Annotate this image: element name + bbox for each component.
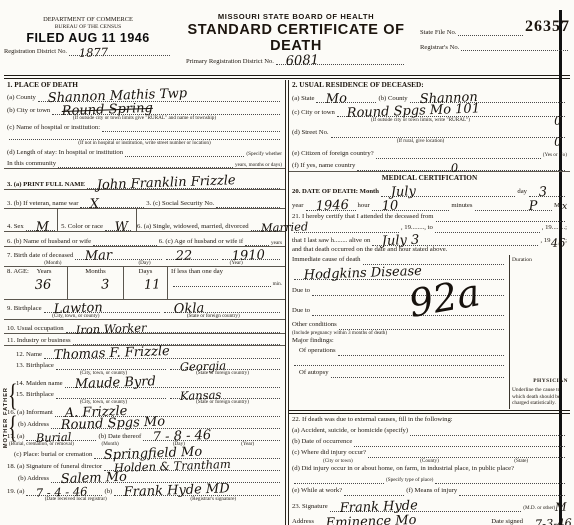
dod-hour-label: hour — [358, 202, 370, 211]
registration-district-value: 1877 — [79, 48, 109, 58]
registrar-sig-line: Frank Hyde MD — [114, 489, 280, 496]
medical-certification-heading: MEDICAL CERTIFICATION — [382, 173, 478, 182]
registrar-no-label: Registrar's No. — [420, 44, 459, 51]
res-street-label: (d) Street No. — [292, 129, 329, 138]
birthdate-month: Mar — [85, 251, 113, 262]
age-days-value: 11 — [141, 281, 164, 292]
res-country-line: 0 — [357, 164, 565, 171]
funeral-director-line: Holden & Trantham — [104, 464, 280, 471]
age-months-value: 3 — [91, 280, 120, 291]
father-name-line: Thomas F. Frizzle — [44, 352, 280, 359]
while-at-work-label: (e) While at work? — [292, 487, 342, 496]
means-of-injury-label: (f) Means of injury — [406, 487, 457, 496]
birthplace-city-line: Lawton — [44, 306, 160, 313]
accident-line — [410, 429, 565, 436]
res-citizen-caption: (Yes or No) — [543, 152, 567, 159]
physician-address-label: Address — [292, 518, 314, 525]
immediate-cause-label: Immediate cause of death — [292, 256, 361, 265]
autopsy-line — [331, 371, 504, 378]
industry-label: 11. Industry or business — [7, 337, 71, 346]
state-file-label: State File No. — [420, 29, 456, 36]
res-street-line — [331, 131, 565, 138]
res-county-label: (b) County — [378, 95, 407, 104]
spouse-name-line — [93, 239, 157, 246]
due-to2-label: Due to — [292, 307, 310, 316]
certificate-header: DEPARTMENT OF COMMERCE BUREAU OF THE CEN… — [4, 2, 570, 74]
res-city-caption: (If outside city or town limits, write "… — [292, 117, 549, 126]
res-city-label: (c) City or town — [292, 109, 335, 118]
age-months-header: Months — [85, 268, 105, 275]
informant-address-label: (b) Address — [18, 421, 49, 430]
occurrence-line — [354, 440, 565, 447]
res-state-line: Mo — [316, 96, 376, 103]
dod-minutes-label: minutes — [451, 202, 472, 211]
birthplace-state-value: Okla — [173, 304, 204, 315]
certify-line3: , 19........; — [542, 224, 567, 233]
pod-hospital-line2 — [9, 133, 280, 140]
primary-district-label: Primary Registration District No. — [186, 58, 274, 65]
board-name: MISSOURI STATE BOARD OF HEALTH — [172, 12, 420, 21]
age-min-suffix: min. — [273, 281, 282, 288]
primary-district-line: 6081 — [276, 58, 404, 65]
certify-line6: and that death occurred on the date and … — [292, 246, 447, 255]
age-min-line — [173, 280, 271, 287]
date-signed-line: 7-3-46 — [525, 520, 565, 525]
pod-city-label: (b) City or town — [7, 107, 50, 116]
age-less-than-day-label: If less than one day — [171, 268, 223, 275]
burial-place-label: (c) Place: burial or cremation — [14, 451, 92, 460]
other-conditions-label: Other conditions — [292, 321, 337, 330]
pod-county-label: (a) County — [7, 94, 36, 103]
pod-stay-label: (d) Length of stay: In hospital or insti… — [7, 149, 123, 158]
spouse-name-label: 6. (b) Name of husband or wife — [7, 238, 91, 247]
medical-divider — [289, 410, 570, 414]
dod-year-label: year — [292, 202, 304, 211]
left-column: 1. PLACE OF DEATH (a) County Shannon Mat… — [4, 80, 285, 525]
last-seen-line: July 3 — [372, 239, 538, 246]
veteran-label: 3. (b) If veteran, name war — [7, 200, 78, 209]
pod-community-caption: years, months or days) — [235, 162, 282, 169]
disposition-value: Burial — [36, 433, 72, 443]
injury-place-label: (d) Did injury occur in or about home, o… — [292, 465, 514, 474]
physician-sig-label: 23. Signature — [292, 503, 328, 512]
physician-address-line: Eminence Mo — [316, 520, 489, 525]
pod-city-value: Round Spring — [62, 104, 153, 118]
registrar-sig-label: (b) — [104, 488, 112, 497]
birthplace-state-line: Okla — [164, 306, 280, 313]
state-file-number: 26357 — [525, 18, 570, 36]
mother-birthplace-line1 — [56, 392, 166, 399]
operations-label: Of operations — [299, 347, 336, 356]
dod-year-line: 1946 — [306, 204, 356, 211]
date-signed-value: 7-3-46 — [535, 519, 572, 525]
registrar-no-line — [461, 44, 568, 51]
pod-city-line: Round Spring — [52, 108, 280, 115]
spouse-age-suffix: years — [271, 240, 282, 247]
spouse-age-label: 6. (c) Age of husband or wife if — [159, 238, 243, 247]
pod-stay-line — [125, 150, 244, 157]
operations-line — [338, 349, 504, 356]
mother-maiden-line: Maude Byrd — [65, 381, 280, 388]
ssn-label: 3. (c) Social Security No. — [146, 200, 214, 209]
means-of-injury-line — [459, 489, 565, 496]
veteran-line: X — [80, 201, 144, 208]
disposition-date-label: (b) Date thereof — [98, 433, 141, 442]
date-signed-label: Date signed — [491, 518, 523, 525]
res-country-label: (f) If yes, name country — [292, 162, 355, 171]
res-city-extra: 0 — [549, 117, 567, 127]
mother-birthplace-line2: Kansas — [170, 392, 280, 399]
physician-sig-caption: (M.D. or other) — [523, 505, 555, 512]
pod-community-label: In this community — [7, 160, 56, 169]
full-name-value: John Franklin Frizzle — [97, 176, 236, 191]
father-birthplace-line2: Georgia — [170, 363, 280, 370]
physician-degree-value: M — [555, 502, 567, 512]
funeral-address-line: Salem Mo — [51, 476, 280, 483]
external-causes-label: 22. If death was due to external causes,… — [292, 416, 453, 425]
underline-note: Underline the cause to which death shoul… — [512, 387, 568, 407]
birthplace-state-caption: (State or foreign country) — [145, 313, 283, 319]
res-citizen-label: (e) Citizen of foreign country? — [292, 150, 374, 159]
birthdate-month-line: Mar — [75, 253, 162, 260]
funeral-address-label: (b) Address — [18, 475, 49, 484]
injury-place-caption: (Specify type of place) — [386, 477, 433, 484]
operations-line2 — [294, 359, 504, 366]
mother-brace: { — [8, 415, 18, 441]
age-days-header: Days — [139, 268, 153, 275]
certify-line2: , 19........, to — [401, 224, 433, 233]
where-injury-label: (c) Where did injury occur? — [292, 449, 366, 458]
dod-minutes-line: P — [475, 204, 553, 211]
death-certificate: DEPARTMENT OF COMMERCE BUREAU OF THE CEN… — [0, 0, 574, 525]
age-years-value: 36 — [35, 280, 64, 291]
spouse-age-line — [245, 239, 269, 246]
pod-community-line — [58, 161, 233, 168]
dod-label: 20. DATE OF DEATH: Month — [292, 188, 379, 197]
res-city-value: Round Spgs Mo 101 — [347, 104, 481, 119]
industry-line — [73, 338, 280, 345]
res-citizen-line — [376, 152, 541, 159]
sex-label: 4. Sex — [7, 223, 24, 232]
disposition-line: Burial — [26, 434, 96, 441]
occurrence-label: (b) Date of occurrence — [292, 438, 352, 447]
dod-hour-line: 10 — [372, 204, 450, 211]
pod-county-line: Shannon Mathis Twp — [38, 95, 280, 102]
immediate-cause-line0 — [363, 258, 504, 265]
age-label: 8. AGE: — [7, 268, 29, 275]
color-race-box: 5. Color or race W — [57, 209, 137, 231]
ssn-line — [216, 201, 280, 208]
full-name-line: John Franklin Frizzle — [87, 182, 280, 189]
dod-month-line: July — [381, 190, 515, 197]
res-street-caption: (If rural, give location) — [292, 138, 549, 147]
injury-place-line2 — [435, 477, 565, 484]
filed-date-stamp: FILED AUG 11 1946 — [4, 31, 172, 46]
certify-line5: , 19 — [540, 237, 550, 246]
disposition-date-value: 7 - 8 - 46 — [153, 431, 212, 443]
injury-place-line — [294, 477, 384, 484]
birthdate-year: 1910 — [232, 251, 265, 263]
certificate-title: STANDARD CERTIFICATE OF DEATH — [172, 22, 420, 54]
birthdate-year-line: 1910 — [222, 253, 280, 260]
mother-birthplace-value: Kansas — [180, 391, 222, 402]
header-left: DEPARTMENT OF COMMERCE BUREAU OF THE CEN… — [4, 2, 172, 56]
registrar-date-value: 7 - 4 - 46 — [36, 487, 88, 498]
dod-m-label: M. — [554, 202, 562, 211]
certify-line4: that I last saw h........ alive on — [292, 237, 370, 246]
registration-district-label: Registration District No. — [4, 48, 67, 56]
duration-rail: Duration PHYSICIAN Underline the cause t… — [509, 255, 570, 409]
header-right: State File No. 26357 Registrar's No. — [420, 2, 570, 51]
full-name-label: 3. (a) PRINT FULL NAME — [7, 181, 85, 190]
father-birthplace-label: 13. Birthplace — [16, 362, 54, 371]
mother-maiden-label: 14. Maiden name — [16, 380, 63, 389]
marital-line: Married — [251, 224, 280, 231]
physician-address-value: Eminence Mo — [326, 515, 417, 525]
dept-line1: DEPARTMENT OF COMMERCE — [4, 16, 172, 24]
place-of-death-heading: 1. PLACE OF DEATH — [7, 80, 78, 89]
physician-label: PHYSICIAN — [512, 378, 568, 385]
disposition-date-line: 7 - 8 - 46 — [143, 434, 280, 441]
sex-line: M — [26, 224, 55, 231]
father-birthplace-line1 — [56, 363, 166, 370]
accident-label: (a) Accident, suicide, or homicide (spec… — [292, 427, 408, 436]
dept-line2: BUREAU OF THE CENSUS — [4, 24, 172, 31]
birthdate-day: 22 — [176, 252, 193, 263]
occupation-label: 10. Usual occupation — [7, 325, 64, 334]
color-race-label: 5. Color or race — [61, 223, 103, 232]
dod-day-line: 3 — [529, 190, 565, 197]
registrar-row-label: 19. (a) — [7, 488, 24, 497]
state-file-line — [458, 29, 523, 36]
birthdate-label: 7. Birth date of deceased — [7, 252, 73, 261]
physician-sig-line: Frank Hyde — [330, 505, 522, 512]
res-street-extra: 0 — [549, 137, 567, 147]
residence-heading: 2. USUAL RESIDENCE OF DECEASED: — [292, 80, 424, 89]
res-state-label: (a) State — [292, 95, 314, 104]
father-name-label: 12. Name — [16, 351, 42, 360]
duration-label: Duration — [512, 257, 568, 263]
birthdate-day-line: 22 — [166, 253, 218, 260]
pod-hospital-label: (c) Name of hospital or institution: — [7, 124, 100, 133]
occupation-line: Iron Worker — [66, 326, 280, 333]
header-divider — [4, 75, 570, 79]
pod-stay-caption: (Specify whether — [246, 151, 282, 158]
marital-label: 6. (a) Single, widowed, married, divorce… — [137, 223, 249, 232]
dod-day-label: day — [517, 188, 527, 197]
informant-address-line: Round Spgs Mo — [51, 422, 280, 429]
header-center: MISSOURI STATE BOARD OF HEALTH STANDARD … — [172, 2, 420, 65]
birthplace-city-value: Lawton — [53, 303, 102, 315]
father-brace: { — [8, 383, 18, 409]
dod-ampm-mark: x — [561, 203, 567, 211]
major-findings-label: Major findings: — [292, 337, 334, 346]
age-table: 8. AGE: Years 36 Months 3 Days 11 If les… — [4, 267, 285, 300]
father-birthplace-value: Georgia — [180, 362, 227, 373]
right-column: 2. USUAL RESIDENCE OF DECEASED: (a) Stat… — [289, 80, 570, 525]
registrar-date-line: 7 - 4 - 46 — [26, 489, 102, 496]
color-race-line: W — [105, 224, 131, 231]
certify-from-line — [436, 215, 566, 222]
while-at-work-line — [344, 489, 404, 496]
due-to-label: Due to — [292, 287, 310, 296]
age-years-header: Years — [37, 268, 52, 275]
pod-hospital-line — [102, 125, 280, 132]
certify-line1: 21. I hereby certify that I attended the… — [292, 213, 434, 222]
mother-birthplace-label: 15. Birthplace — [16, 391, 54, 400]
birthplace-label: 9. Birthplace — [7, 305, 42, 314]
primary-district-value: 6081 — [286, 55, 319, 67]
autopsy-label: Of autopsy — [299, 369, 329, 378]
certify-to-line — [435, 226, 540, 233]
registration-district-line: 1877 — [69, 49, 170, 56]
certify-from-line2 — [294, 226, 399, 233]
registrar-sig-value: Frank Hyde MD — [124, 484, 230, 498]
where-injury-line — [368, 451, 565, 458]
res-city-line: Round Spgs Mo 101 — [337, 110, 565, 117]
